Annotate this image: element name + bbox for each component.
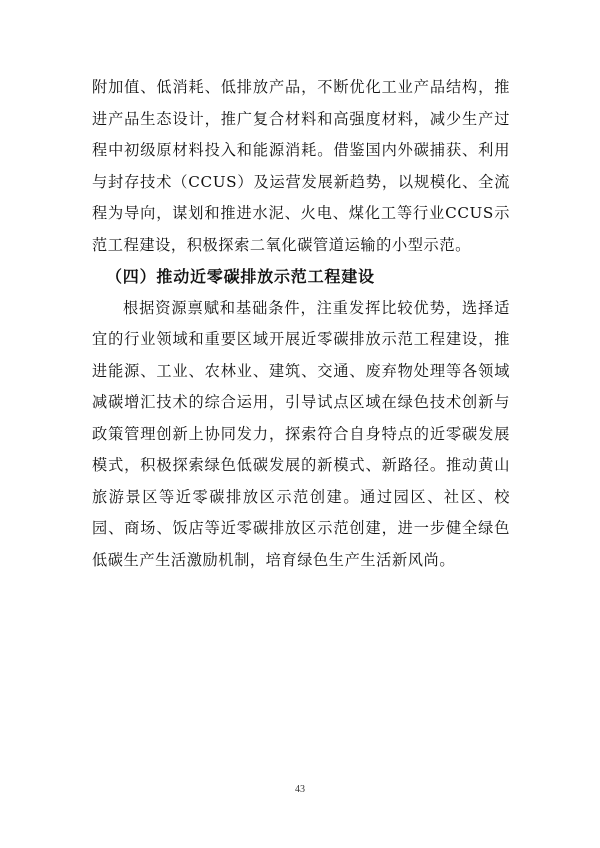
paragraph-indented: 根据资源禀赋和基础条件，注重发挥比较优势，选择适宜的行业领域和重要区域开展近零碳… bbox=[92, 293, 510, 577]
paragraph-continuation: 附加值、低消耗、低排放产品，不断优化工业产品结构，推进产品生态设计，推广复合材料… bbox=[92, 72, 510, 261]
section-heading: （四）推动近零碳排放示范工程建设 bbox=[92, 261, 510, 293]
body-text: 附加值、低消耗、低排放产品，不断优化工业产品结构，推进产品生态设计，推广复合材料… bbox=[92, 72, 510, 576]
document-page: 附加值、低消耗、低排放产品，不断优化工业产品结构，推进产品生态设计，推广复合材料… bbox=[0, 0, 600, 848]
page-number: 43 bbox=[0, 784, 600, 795]
